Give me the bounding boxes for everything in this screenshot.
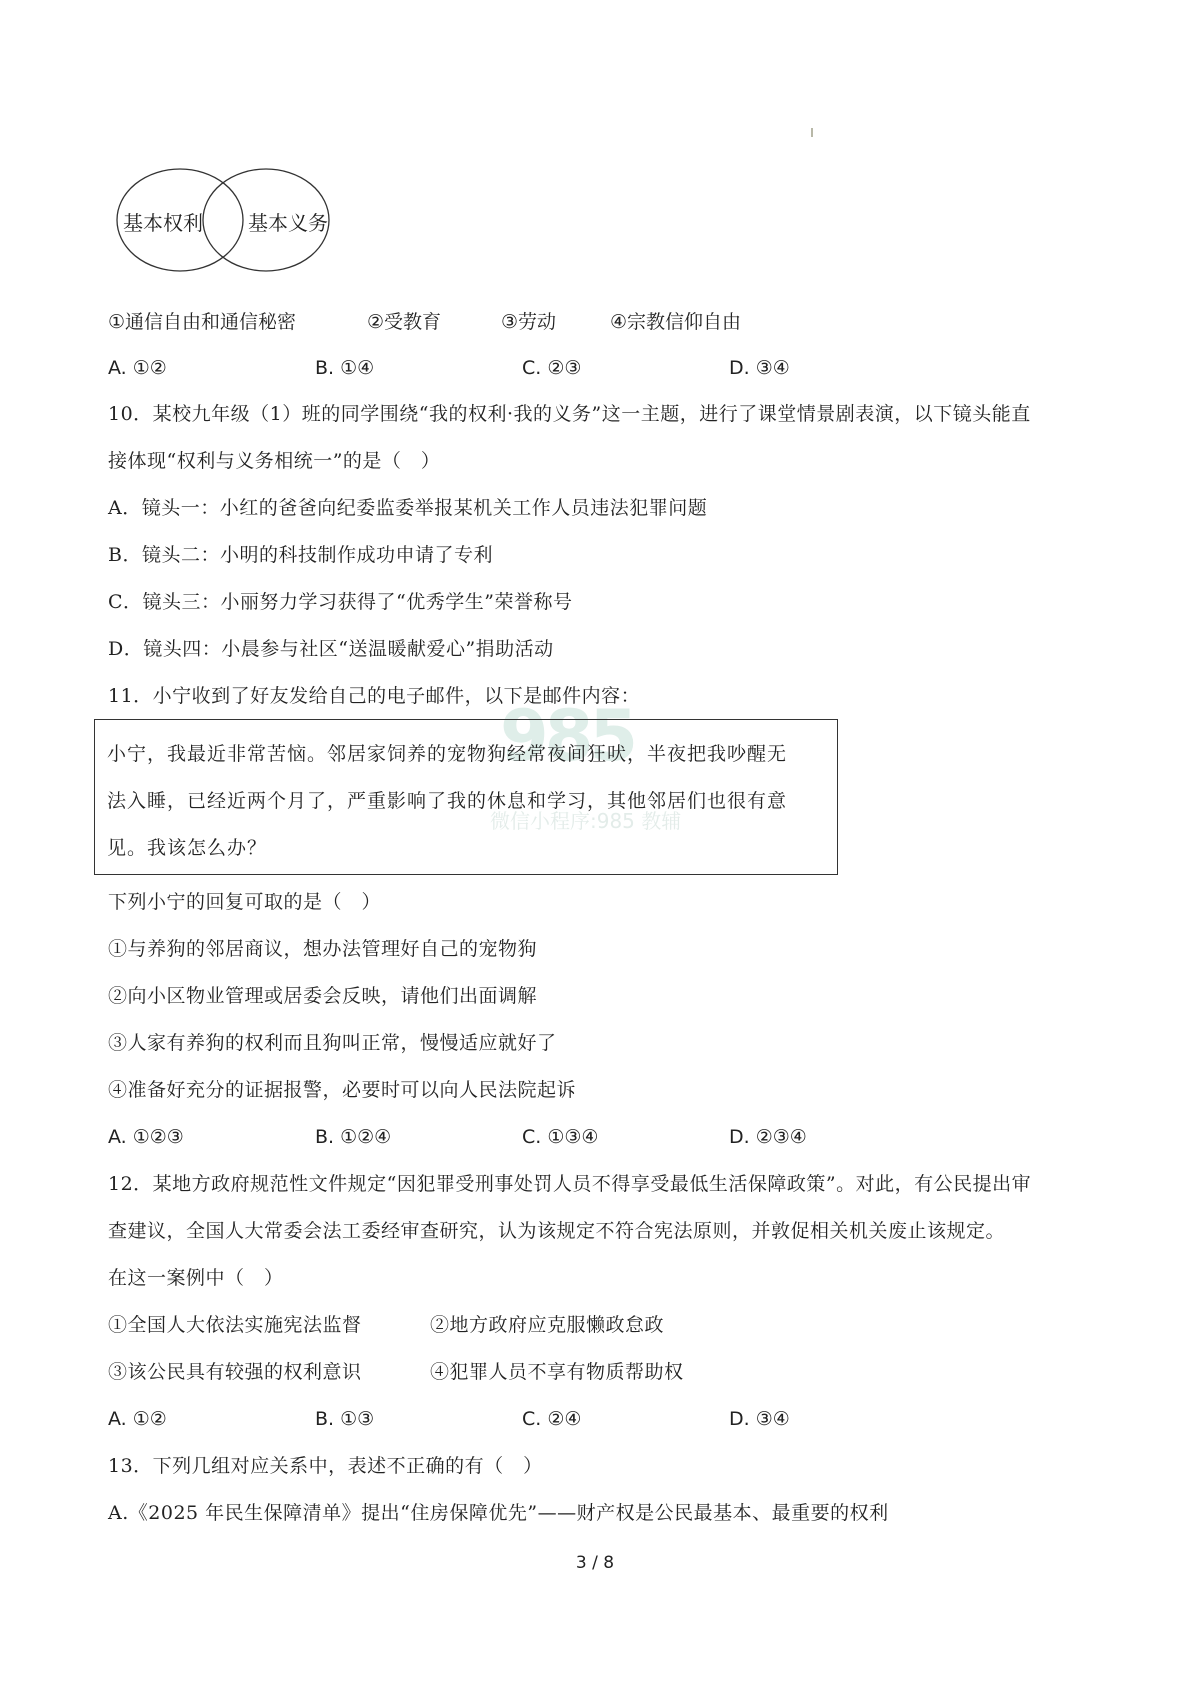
q11-statement-2: ②向小区物业管理或居委会反映，请他们出面调解 [108, 984, 537, 1008]
q11-option-a[interactable]: A. ①②③ [108, 1125, 184, 1149]
q12-option-d[interactable]: D. ③④ [729, 1407, 790, 1431]
stray-mark [811, 128, 813, 137]
venn-left-label: 基本权利 [123, 207, 203, 236]
page-number: 3 / 8 [0, 1553, 1190, 1573]
email-line-2: 法入睡，已经近两个月了，严重影响了我的休息和学习，其他邻居们也很有意 [107, 789, 787, 813]
q12-statement-4: ④犯罪人员不享有物质帮助权 [430, 1360, 684, 1384]
q10-option-a[interactable]: A．镜头一：小红的爸爸向纪委监委举报某机关工作人员违法犯罪问题 [108, 496, 707, 520]
q9-option-c[interactable]: C. ②③ [522, 356, 581, 380]
q13-option-a[interactable]: A.《2025 年民生保障清单》提出“住房保障优先”——财产权是公民最基本、最重… [108, 1501, 889, 1525]
q12-statement-2: ②地方政府应克服懒政怠政 [430, 1313, 664, 1337]
q10-option-c[interactable]: C．镜头三：小丽努力学习获得了“优秀学生”荣誉称号 [108, 590, 572, 614]
q12-option-c[interactable]: C. ②④ [522, 1407, 581, 1431]
q12-option-a[interactable]: A. ①② [108, 1407, 167, 1431]
q12-option-b[interactable]: B. ①③ [315, 1407, 374, 1431]
q11-statement-1: ①与养狗的邻居商议，想办法管理好自己的宠物狗 [108, 937, 537, 961]
q9-statement-2: ②受教育 [367, 310, 441, 334]
q10-option-b[interactable]: B．镜头二：小明的科技制作成功申请了专利 [108, 543, 493, 567]
email-line-3: 见。我该怎么办？ [107, 836, 267, 860]
q9-option-a[interactable]: A. ①② [108, 356, 167, 380]
q12-stem-line1: 12．某地方政府规范性文件规定“因犯罪受刑事处罚人员不得享受最低生活保障政策”。… [108, 1172, 1031, 1196]
venn-diagram: 基本权利 基本义务 [115, 165, 360, 280]
q11-question: 下列小宁的回复可取的是（ ） [108, 890, 381, 914]
q10-option-d[interactable]: D．镜头四：小晨参与社区“送温暖献爱心”捐助活动 [108, 637, 554, 661]
q12-stem-line2: 查建议，全国人大常委会法工委经审查研究，认为该规定不符合宪法原则，并敦促相关机关… [108, 1219, 1005, 1243]
q11-option-b[interactable]: B. ①②④ [315, 1125, 391, 1149]
q12-statement-3: ③该公民具有较强的权利意识 [108, 1360, 362, 1384]
q9-option-b[interactable]: B. ①④ [315, 356, 374, 380]
q12-statement-1: ①全国人大依法实施宪法监督 [108, 1313, 362, 1337]
q11-statement-3: ③人家有养狗的权利而且狗叫正常，慢慢适应就好了 [108, 1031, 557, 1055]
q10-stem-line2: 接体现“权利与义务相统一”的是（ ） [108, 449, 440, 473]
q9-statement-3: ③劳动 [501, 310, 556, 334]
q10-stem-line1: 10．某校九年级（1）班的同学围绕“我的权利·我的义务”这一主题，进行了课堂情景… [108, 402, 1031, 426]
q9-statement-1: ①通信自由和通信秘密 [108, 310, 296, 334]
email-line-1: 小宁，我最近非常苦恼。邻居家饲养的宠物狗经常夜间狂吠，半夜把我吵醒无 [107, 742, 787, 766]
q13-stem: 13．下列几组对应关系中，表述不正确的有（ ） [108, 1454, 543, 1478]
venn-right-label: 基本义务 [248, 207, 328, 236]
email-content-box: 小宁，我最近非常苦恼。邻居家饲养的宠物狗经常夜间狂吠，半夜把我吵醒无 法入睡，已… [94, 719, 838, 875]
exam-page: 基本权利 基本义务 ①通信自由和通信秘密 ②受教育 ③劳动 ④宗教信仰自由 A.… [0, 0, 1190, 1683]
q11-option-d[interactable]: D. ②③④ [729, 1125, 807, 1149]
q9-statement-4: ④宗教信仰自由 [610, 310, 741, 334]
q11-stem: 11．小宁收到了好友发给自己的电子邮件，以下是邮件内容： [108, 684, 640, 708]
q12-stem-line3: 在这一案例中（ ） [108, 1266, 284, 1290]
q11-option-c[interactable]: C. ①③④ [522, 1125, 598, 1149]
q11-statement-4: ④准备好充分的证据报警，必要时可以向人民法院起诉 [108, 1078, 576, 1102]
q9-option-d[interactable]: D. ③④ [729, 356, 790, 380]
